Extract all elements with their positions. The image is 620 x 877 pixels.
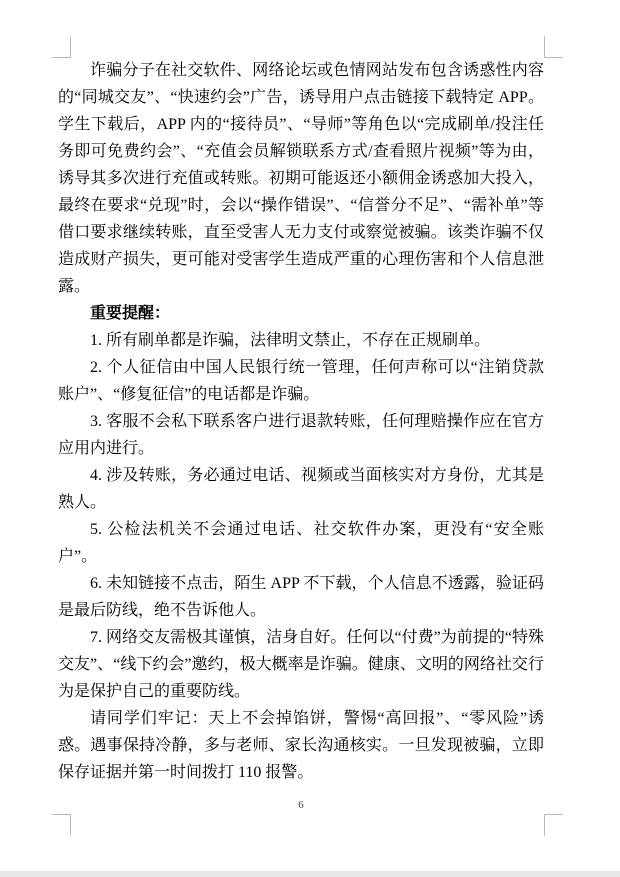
margin-corner-mark-bottom-right bbox=[544, 814, 563, 836]
next-page-gap bbox=[0, 871, 620, 877]
margin-corner-mark-top-right bbox=[544, 36, 563, 58]
document-body: 诈骗分子在社交软件、网络论坛或色情网站发布包含诱惑性内容的“同城交友”、“快速约… bbox=[58, 57, 544, 786]
document-page: 诈骗分子在社交软件、网络论坛或色情网站发布包含诱惑性内容的“同城交友”、“快速约… bbox=[0, 0, 620, 877]
reminder-item-2: 2. 个人征信由中国人民银行统一管理，任何声称可以“注销贷款账户”、“修复征信”… bbox=[58, 354, 544, 408]
reminder-item-1: 1. 所有刷单都是诈骗，法律明文禁止，不存在正规刷单。 bbox=[58, 327, 544, 354]
reminder-heading: 重要提醒： bbox=[58, 300, 544, 327]
reminder-item-5: 5. 公检法机关不会通过电话、社交软件办案，更没有“安全账户”。 bbox=[58, 516, 544, 570]
page-number: 6 bbox=[58, 798, 544, 812]
closing-paragraph: 请同学们牢记：天上不会掉馅饼，警惕“高回报”、“零风险”诱惑。遇事保持冷静，多与… bbox=[58, 705, 544, 786]
reminder-item-7: 7. 网络交友需极其谨慎，洁身自好。任何以“付费”为前提的“特殊交友”、“线下约… bbox=[58, 624, 544, 705]
reminder-item-6: 6. 未知链接不点击，陌生 APP 不下载，个人信息不透露，验证码是最后防线，绝… bbox=[58, 570, 544, 624]
margin-corner-mark-bottom-left bbox=[52, 814, 71, 836]
reminder-item-3: 3. 客服不会私下联系客户进行退款转账，任何理赔操作应在官方应用内进行。 bbox=[58, 408, 544, 462]
intro-paragraph: 诈骗分子在社交软件、网络论坛或色情网站发布包含诱惑性内容的“同城交友”、“快速约… bbox=[58, 57, 544, 300]
margin-corner-mark-top-left bbox=[52, 36, 71, 58]
reminder-item-4: 4. 涉及转账，务必通过电话、视频或当面核实对方身份，尤其是熟人。 bbox=[58, 462, 544, 516]
